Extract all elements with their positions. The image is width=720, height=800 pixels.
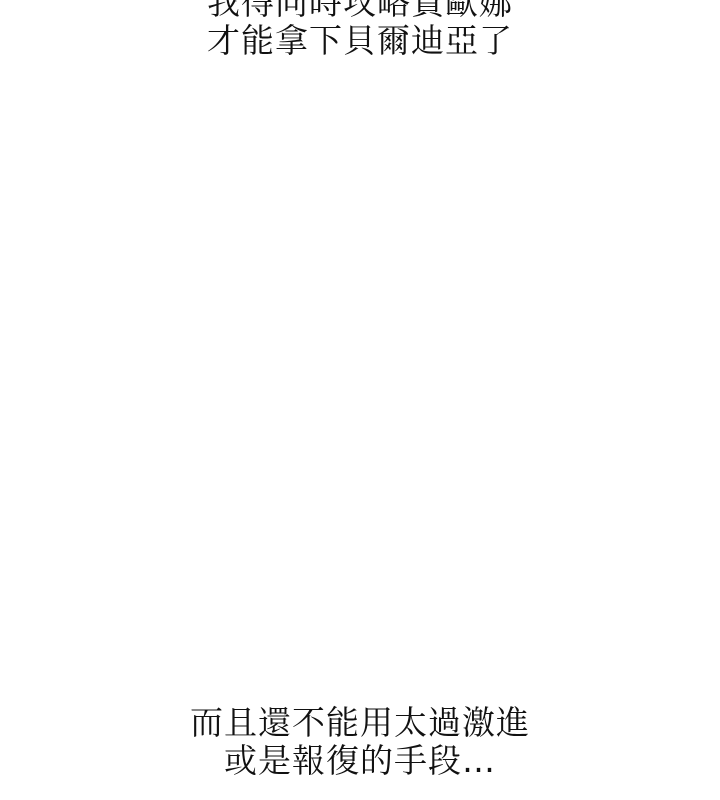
caption-line: 才能拿下貝爾迪亞了 [0,22,720,60]
caption-bottom: 而且還不能用太過激進 或是報復的手段… [0,704,720,780]
caption-line: 而且還不能用太過激進 [0,704,720,742]
caption-line: 或是報復的手段… [0,742,720,780]
caption-line: 我得同時攻略賈歐娜 [0,0,720,22]
comic-panel: 我得同時攻略賈歐娜 才能拿下貝爾迪亞了 而且還不能用太過激進 或是報復的手段… [0,0,720,800]
caption-top: 我得同時攻略賈歐娜 才能拿下貝爾迪亞了 [0,0,720,60]
